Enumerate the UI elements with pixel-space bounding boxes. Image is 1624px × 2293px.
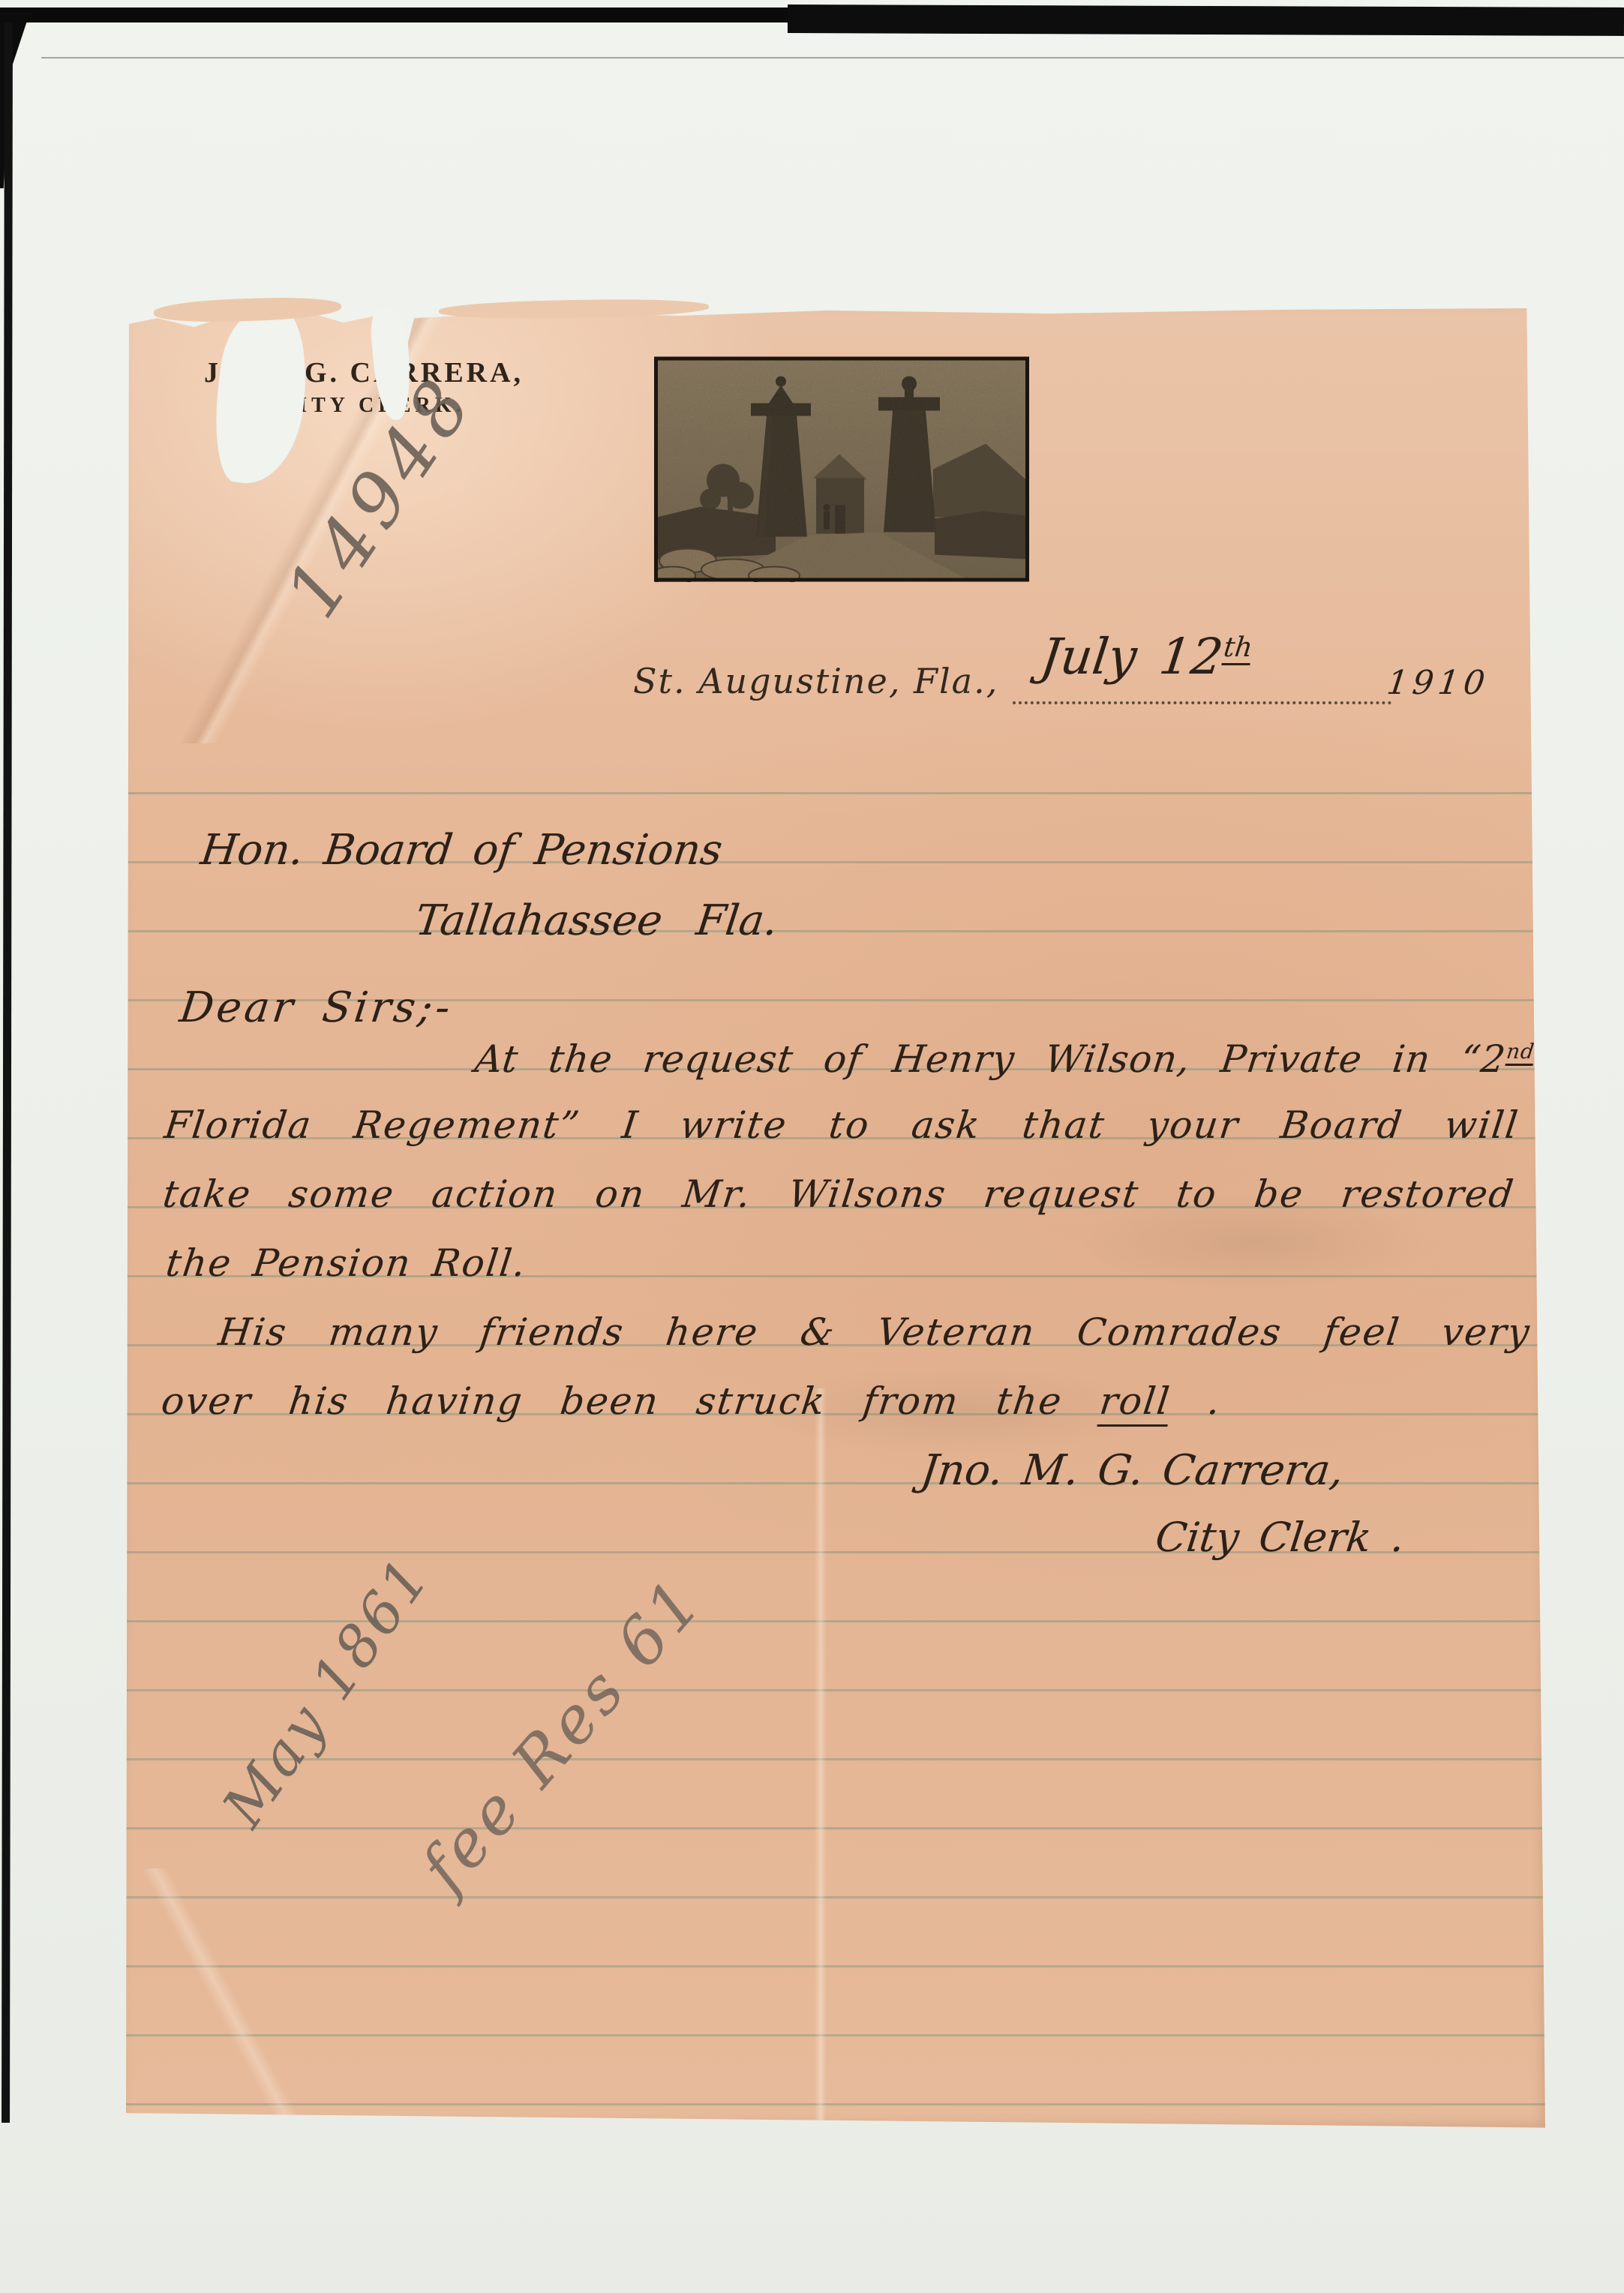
body-line-6-period: . (1168, 1379, 1224, 1423)
city-gates-engraving-image (654, 356, 1029, 582)
signature-title: City Clerk . (1153, 1514, 1407, 1561)
scanned-letter-page: JNO. G. CARRERA, CITY CLERK. (0, 0, 1624, 2293)
dateline-date-handwritten: July 12th (1037, 628, 1255, 686)
recipient-line-1: Hon. Board of Pensions (198, 826, 725, 875)
body-line-6-underlined-word: roll (1097, 1379, 1173, 1427)
scanner-bed-seam-line (41, 57, 1624, 59)
body-line-4: the Pension Roll. (164, 1241, 530, 1285)
paper-crease (126, 1868, 321, 2129)
body-line-6: over his having been struck from the rol… (159, 1379, 1224, 1423)
scanner-edge-top-strip (0, 8, 863, 23)
signature-name: Jno. M. G. Carrera, (918, 1446, 1346, 1495)
body-line-5: His many friends here & Veteran Comrades… (216, 1310, 1624, 1354)
scanner-edge-left-strip (2, 23, 13, 2123)
letter-sheet: JNO. G. CARRERA, CITY CLERK. (126, 308, 1545, 2129)
dateline-place-printed: St. Augustine, Fla., (633, 661, 998, 701)
dateline-year: 1910 (1385, 664, 1491, 702)
body-line-6-text: over his having been struck from the (159, 1379, 1103, 1423)
paper-crease (815, 1388, 827, 2127)
body-line-1: At the request of Henry Wilson, Private … (473, 1037, 1536, 1081)
dateline-date-suffix: th (1222, 631, 1255, 665)
body-line-1-ordinal: nd (1505, 1040, 1536, 1066)
body-line-3: take some action on Mr. Wilsons request … (161, 1172, 1595, 1216)
salutation: Dear Sirs;- (177, 983, 456, 1032)
body-line-2: Florida Regement” I write to ask that yo… (162, 1103, 1521, 1147)
dateline-date-main: July 12 (1037, 628, 1226, 686)
scanner-edge-top-right-strip (788, 5, 1624, 36)
recipient-line-2: Tallahassee Fla. (413, 896, 781, 945)
body-line-1-text: At the request of Henry Wilson, Private … (473, 1037, 1508, 1081)
